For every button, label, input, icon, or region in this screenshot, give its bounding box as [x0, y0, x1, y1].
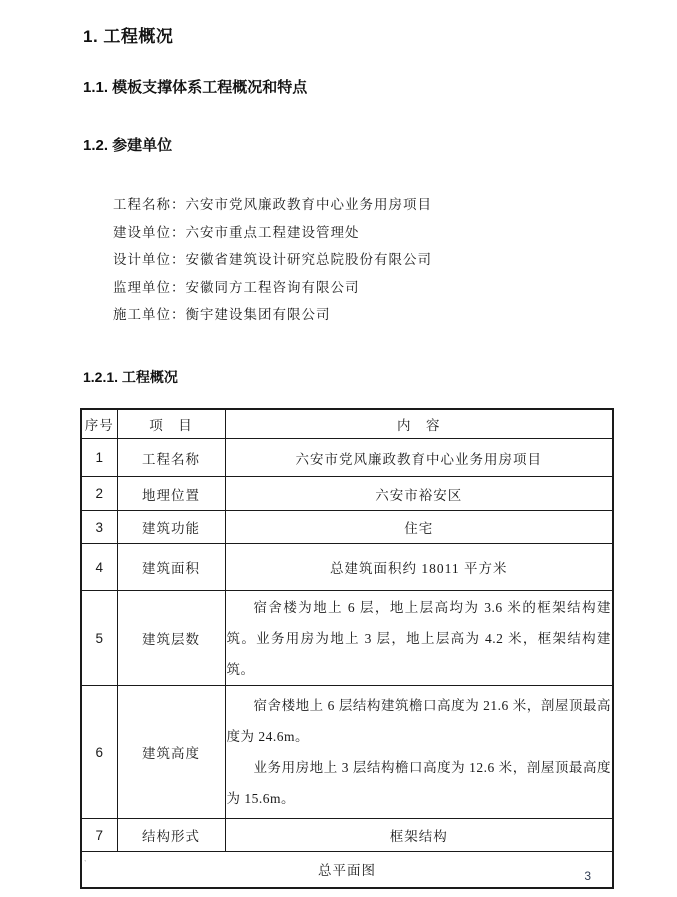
participant-label: 建设单位：	[113, 225, 186, 240]
page-number: 3	[584, 869, 591, 883]
row-item-cell: 建筑功能	[117, 511, 225, 544]
content-paragraph: 业务用房地上 3 层结构檐口高度为 12.6 米，剖屋顶最高度为 15.6m。	[226, 752, 613, 814]
table-row: 5建筑层数宿舍楼为地上 6 层，地上层高均为 3.6 米的框架结构建筑。业务用房…	[81, 591, 613, 686]
row-item-cell: 建筑面积	[117, 544, 225, 591]
participant-label: 设计单位：	[113, 252, 186, 267]
table-body: 1工程名称六安市党风廉政教育中心业务用房项目2地理位置六安市裕安区3建筑功能住宅…	[81, 439, 613, 852]
participant-value: 安徽同方工程咨询有限公司	[186, 280, 360, 295]
row-number-cell: 1	[81, 439, 117, 477]
table-row: 3建筑功能住宅	[81, 511, 613, 544]
heading-project-overview-sub: 1.2.1. 工程概况	[83, 367, 612, 387]
heading-participating-units: 1.2. 参建单位	[83, 134, 612, 155]
row-number-cell: 2	[81, 477, 117, 511]
project-overview-table: 序号 项 目 内 容 1工程名称六安市党风廉政教育中心业务用房项目2地理位置六安…	[80, 408, 614, 889]
row-content-cell: 六安市裕安区	[225, 477, 613, 511]
content-paragraph: 宿舍楼为地上 6 层，地上层高均为 3.6 米的框架结构建筑。业务用房为地上 3…	[226, 592, 613, 685]
table-row: 4建筑面积总建筑面积约 18011 平方米	[81, 544, 613, 591]
row-item-cell: 建筑层数	[117, 591, 225, 686]
heading-formwork-support-overview: 1.1. 模板支撑体系工程概况和特点	[83, 76, 612, 97]
heading-project-overview: 1. 工程概况	[83, 22, 612, 47]
participant-value: 六安市党风廉政教育中心业务用房项目	[186, 197, 433, 212]
row-content-cell: 总建筑面积约 18011 平方米	[225, 544, 613, 591]
participant-row: 监理单位：安徽同方工程咨询有限公司	[113, 274, 612, 302]
participant-value: 六安市重点工程建设管理处	[186, 225, 360, 240]
table-row: 7结构形式框架结构	[81, 819, 613, 852]
table-header-row: 序号 项 目 内 容	[81, 409, 613, 439]
row-number-cell: 6	[81, 686, 117, 819]
participant-label: 监理单位：	[113, 280, 186, 295]
participant-row: 建设单位：六安市重点工程建设管理处	[113, 219, 612, 247]
header-cell-content: 内 容	[225, 409, 613, 439]
table-row: 2地理位置六安市裕安区	[81, 477, 613, 511]
participant-label: 工程名称：	[113, 197, 186, 212]
participants-list: 工程名称：六安市党风廉政教育中心业务用房项目建设单位：六安市重点工程建设管理处设…	[113, 191, 612, 329]
row-number-cell: 5	[81, 591, 117, 686]
site-plan-cell: 总平面图	[81, 852, 613, 888]
row-content-cell: 住宅	[225, 511, 613, 544]
row-content-cell: 宿舍楼为地上 6 层，地上层高均为 3.6 米的框架结构建筑。业务用房为地上 3…	[225, 591, 613, 686]
content-paragraph: 宿舍楼地上 6 层结构建筑檐口高度为 21.6 米，剖屋顶最高度为 24.6m。	[226, 690, 613, 752]
row-item-cell: 工程名称	[117, 439, 225, 477]
row-number-cell: 7	[81, 819, 117, 852]
document-page: 1. 工程概况 1.1. 模板支撑体系工程概况和特点 1.2. 参建单位 工程名…	[0, 0, 612, 889]
participant-value: 安徽省建筑设计研究总院股份有限公司	[186, 252, 433, 267]
table-row: 1工程名称六安市党风廉政教育中心业务用房项目	[81, 439, 613, 477]
participant-row: 设计单位：安徽省建筑设计研究总院股份有限公司	[113, 246, 612, 274]
header-cell-no: 序号	[81, 409, 117, 439]
row-content-cell: 框架结构	[225, 819, 613, 852]
row-item-cell: 结构形式	[117, 819, 225, 852]
participant-label: 施工单位：	[113, 307, 186, 322]
row-item-cell: 建筑高度	[117, 686, 225, 819]
participant-row: 施工单位：衡宇建设集团有限公司	[113, 301, 612, 329]
header-cell-item: 项 目	[117, 409, 225, 439]
row-number-cell: 3	[81, 511, 117, 544]
row-content-cell: 宿舍楼地上 6 层结构建筑檐口高度为 21.6 米，剖屋顶最高度为 24.6m。…	[225, 686, 613, 819]
stray-mark: `	[84, 859, 87, 868]
participant-value: 衡宇建设集团有限公司	[186, 307, 331, 322]
participant-row: 工程名称：六安市党风廉政教育中心业务用房项目	[113, 191, 612, 219]
table-row: 6建筑高度宿舍楼地上 6 层结构建筑檐口高度为 21.6 米，剖屋顶最高度为 2…	[81, 686, 613, 819]
table-footer: 总平面图	[81, 852, 613, 888]
table-header: 序号 项 目 内 容	[81, 409, 613, 439]
row-content-cell: 六安市党风廉政教育中心业务用房项目	[225, 439, 613, 477]
row-item-cell: 地理位置	[117, 477, 225, 511]
table-footer-row: 总平面图	[81, 852, 613, 888]
row-number-cell: 4	[81, 544, 117, 591]
